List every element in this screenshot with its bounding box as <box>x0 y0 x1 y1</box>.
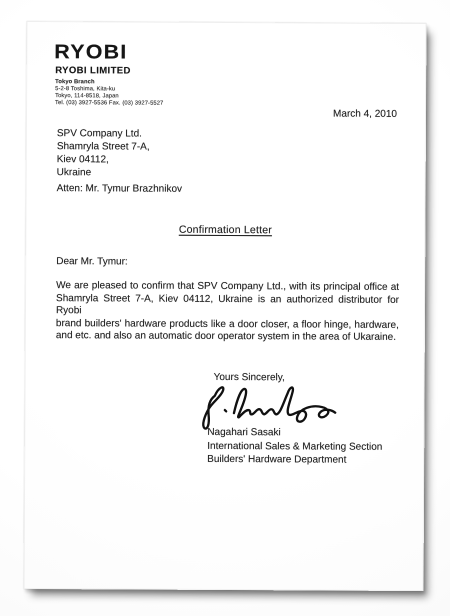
letter-title: Confirmation Letter <box>26 223 424 237</box>
recipient-street: Shamryla Street 7-A, <box>57 140 150 153</box>
body-line-4: and etc. and also an automatic door oper… <box>56 330 399 344</box>
signature-block: Nagahari Sasaki International Sales & Ma… <box>207 426 382 468</box>
recipient-country: Ukraine <box>57 166 150 179</box>
body-line-2: Shamryla Street 7-A, Kiev 04112, Ukraine… <box>56 293 399 320</box>
recipient-address-block: SPV Company Ltd. Shamryla Street 7-A, Ki… <box>57 127 150 179</box>
signature-dot <box>225 410 226 411</box>
recipient-company: SPV Company Ltd. <box>57 127 150 140</box>
phone-fax-line: Tel. (03) 3927-5536 Fax. (03) 3927-5527 <box>55 100 163 108</box>
signature-main-stroke <box>234 387 335 422</box>
photo-background: RYOBI RYOBI LIMITED Tokyo Branch 5-2-8 T… <box>0 0 450 616</box>
ryobi-logo: RYOBI <box>54 41 127 64</box>
salutation: Dear Mr. Tymur: <box>56 256 128 267</box>
letter-body: We are pleased to confirm that SPV Compa… <box>56 280 399 345</box>
signature-initial-stroke <box>203 387 223 428</box>
signer-title-2: Builders' Hardware Department <box>207 453 382 468</box>
body-line-1: We are pleased to confirm that SPV Compa… <box>56 280 399 294</box>
recipient-city: Kiev 04112, <box>57 153 150 166</box>
letter-document: RYOBI RYOBI LIMITED Tokyo Branch 5-2-8 T… <box>24 21 427 591</box>
signer-name: Nagahari Sasaki <box>207 426 382 441</box>
company-name: RYOBI LIMITED <box>55 65 131 76</box>
letter-date: March 4, 2010 <box>333 109 397 120</box>
signer-title-1: International Sales & Marketing Section <box>207 440 382 455</box>
letterhead-address-block: Tokyo Branch 5-2-8 Toshima, Kita-ku Toky… <box>55 79 163 108</box>
attention-line: Atten: Mr. Tymur Brazhnikov <box>57 183 182 195</box>
